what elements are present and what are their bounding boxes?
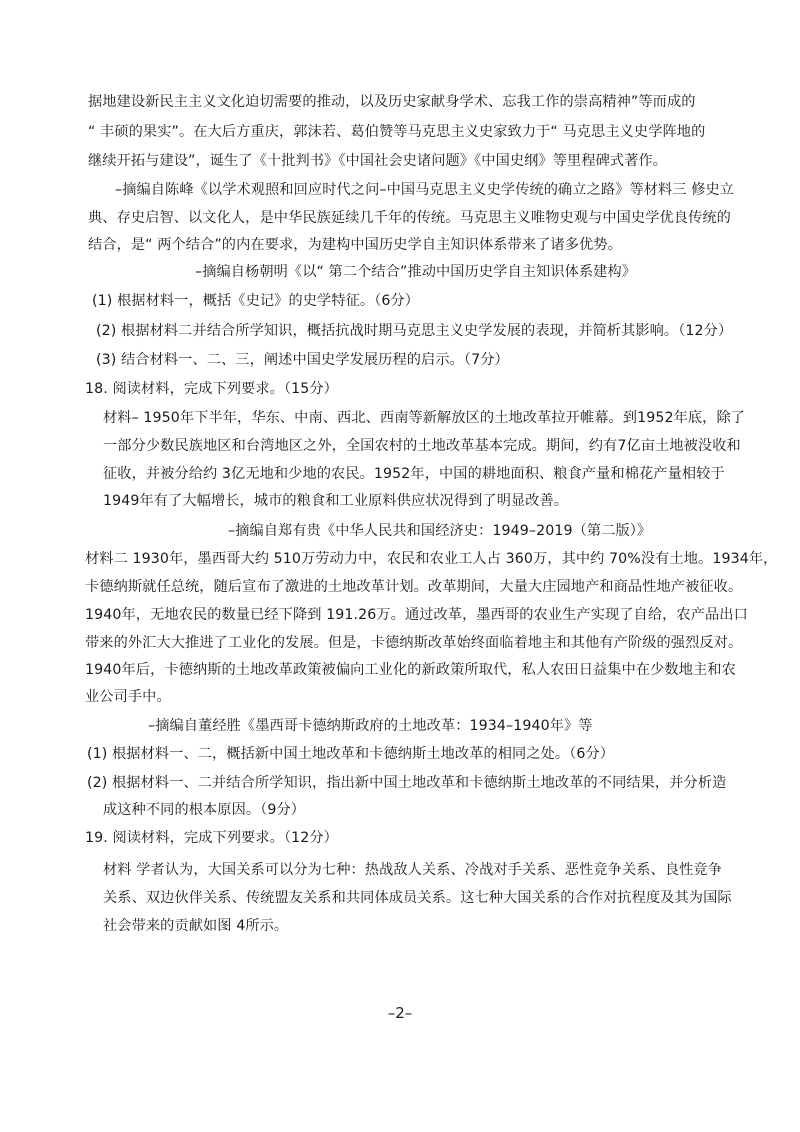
material-3-source: –摘编自杨朝明《以“ 第二个结合”推动中国历史学自主知识体系建构》 (195, 263, 636, 281)
material-3-line: 典、存史启智、以文化人，是中华民族延续几千年的传统。马克思主义唯物史观与中国史学… (88, 209, 731, 227)
material-2-continuation-line: 据地建设新民主主义文化迫切需要的推动，以及历史家献身学术、忘我工作的崇高精神”等… (88, 93, 696, 111)
exam-page: 据地建设新民主主义文化迫切需要的推动，以及历史家献身学术、忘我工作的崇高精神”等… (0, 0, 800, 1132)
q18-material-2-line: 1940年，无地农民的数量已经下降到 191.26万。通过改革，墨西哥的农业生产… (85, 606, 748, 624)
q18-material-1-source: –摘编自郑有贵《中华人民共和国经济史：1949–2019（第二版）》 (228, 522, 651, 540)
q18-subquestion-2-cont: 成这种不同的根本原因。（9分） (103, 801, 305, 819)
q18-material-1-line: 1949年有了大幅增长，城市的粮食和工业原料供应状况得到了明显改善。 (103, 492, 568, 510)
page-number: –2– (0, 1004, 800, 1022)
material-2-continuation-line: 继续开拓与建设”，诞生了《十批判书》《中国社会史诸问题》《中国史纲》等里程碑式著… (88, 152, 667, 170)
q18-material-2-line: 1940年后，卡德纳斯的土地改革政策被偏向工业化的新政策所取代，私人农田日益集中… (85, 661, 736, 679)
q17-subquestion-1: (1) 根据材料一，概括《史记》的史学特征。（6分） (92, 292, 419, 310)
material-2-continuation-line: “ 丰硕的果实”。在大后方重庆，郭沫若、葛伯赞等马克思主义史家致力于“ 马克思主… (88, 123, 705, 141)
q18-material-2-line: 材料二 1930年，墨西哥大约 510万劳动力中，农民和农业工人占 360万，其… (85, 550, 777, 568)
material-3-line: –摘编自陈峰《以学术观照和回应时代之问–中国马克思主义史学传统的确立之路》等材料… (115, 181, 734, 199)
q17-subquestion-2: (2) 根据材料二并结合所学知识，概括抗战时期马克思主义史学发展的表现，并简析其… (96, 322, 732, 340)
q18-subquestion-2: (2) 根据材料一、二并结合所学知识，指出新中国土地改革和卡德纳斯土地改革的不同… (87, 774, 726, 792)
material-3-line: 结合，是“ 两个结合”的内在要求，为建构中国历史学自主知识体系带来了诸多优势。 (88, 236, 622, 254)
q18-material-2-line: 带来的外汇大大推进了工业化的发展。但是，卡德纳斯改革始终面临着地主和其他有产阶级… (85, 634, 742, 652)
q19-material-line: 材料 学者认为，大国关系可以分为七种：热战敌人关系、冷战对手关系、恶性竞争关系、… (103, 861, 722, 879)
q18-material-1-line: 征收，并被分给约 3亿无地和少地的农民。1952年，中国的耕地面积、粮食产量和棉… (103, 465, 725, 483)
q17-subquestion-3: (3) 结合材料一、二、三，阐述中国史学发展历程的启示。（7分） (96, 351, 509, 369)
q18-heading: 18. 阅读材料，完成下列要求。（15分） (85, 380, 338, 398)
q18-subquestion-1: (1) 根据材料一、二，概括新中国土地改革和卡德纳斯土地改革的相同之处。（6分） (87, 745, 614, 763)
q19-material-line: 社会带来的贡献如图 4所示。 (103, 917, 288, 935)
q18-material-2-line: 业公司手中。 (85, 688, 171, 706)
q18-material-2-source: –摘编自董经胜《墨西哥卡德纳斯政府的土地改革：1934–1940年》等 (148, 717, 593, 735)
q19-material-line: 关系、双边伙伴关系、传统盟友关系和共同体成员关系。这七种大国关系的合作对抗程度及… (103, 889, 732, 907)
q18-material-2-line: 卡德纳斯就任总统，随后宣布了激进的土地改革计划。改革期间，大量大庄园地产和商品性… (85, 578, 742, 596)
q18-material-1-line: 一部分少数民族地区和台湾地区之外，全国农村的土地改革基本完成。期间，约有7亿亩土… (103, 437, 741, 455)
q19-heading: 19. 阅读材料，完成下列要求。（12分） (85, 829, 338, 847)
q18-material-1-line: 材料– 1950年下半年，华东、中南、西北、西南等新解放区的土地改革拉开帷幕。到… (103, 409, 745, 427)
